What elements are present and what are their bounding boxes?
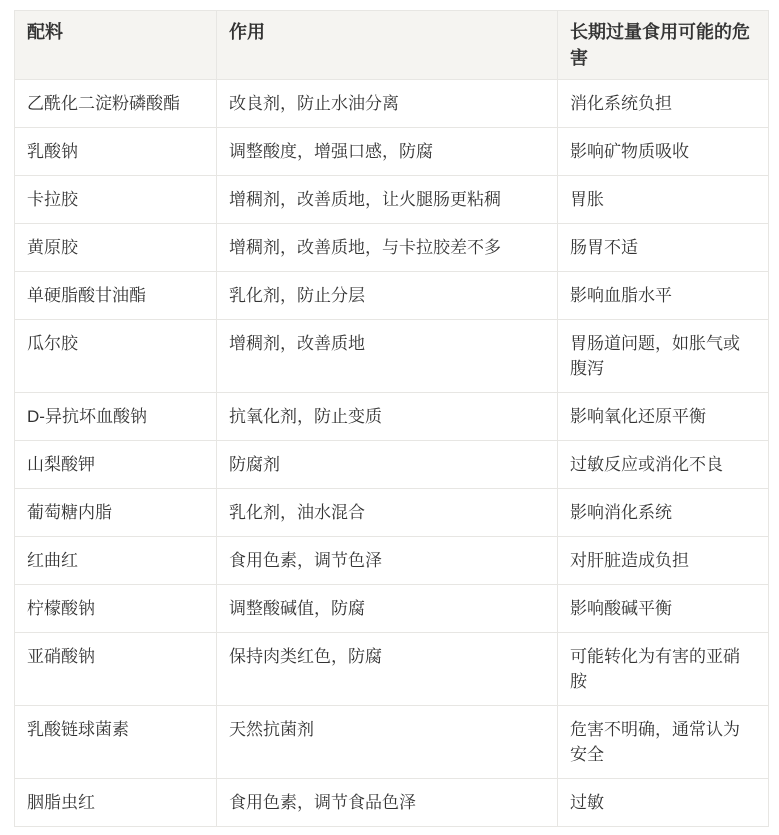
cell-ingredient: 瓜尔胶	[15, 320, 217, 393]
header-row: 配料 作用 长期过量食用可能的危害	[15, 11, 769, 80]
cell-ingredient: 卡拉胶	[15, 176, 217, 224]
cell-ingredient: 乙酰化二淀粉磷酸酯	[15, 80, 217, 128]
cell-function: 增稠剂，改善质地，让火腿肠更粘稠	[217, 176, 558, 224]
cell-harm: 对肝脏造成负担	[558, 537, 769, 585]
table-row: 卡拉胶增稠剂，改善质地，让火腿肠更粘稠胃胀	[15, 176, 769, 224]
table-row: 红曲红食用色素，调节色泽对肝脏造成负担	[15, 537, 769, 585]
cell-ingredient: 葡萄糖内脂	[15, 489, 217, 537]
cell-ingredient: 黄原胶	[15, 224, 217, 272]
cell-ingredient: 山梨酸钾	[15, 441, 217, 489]
cell-function: 天然抗菌剂	[217, 706, 558, 779]
cell-ingredient: 胭脂虫红	[15, 779, 217, 827]
table-row: 山梨酸钾防腐剂过敏反应或消化不良	[15, 441, 769, 489]
cell-function: 增稠剂，改善质地，与卡拉胶差不多	[217, 224, 558, 272]
cell-harm: 影响酸碱平衡	[558, 585, 769, 633]
cell-harm: 肠胃不适	[558, 224, 769, 272]
cell-harm: 影响矿物质吸收	[558, 128, 769, 176]
header-cell-ingredient: 配料	[15, 11, 217, 80]
table-row: 柠檬酸钠调整酸碱值，防腐影响酸碱平衡	[15, 585, 769, 633]
cell-ingredient: D-异抗坏血酸钠	[15, 393, 217, 441]
additives-table: 配料 作用 长期过量食用可能的危害 乙酰化二淀粉磷酸酯改良剂，防止水油分离消化系…	[14, 10, 769, 827]
table-header: 配料 作用 长期过量食用可能的危害	[15, 11, 769, 80]
cell-function: 调整酸碱值，防腐	[217, 585, 558, 633]
table-row: 乙酰化二淀粉磷酸酯改良剂，防止水油分离消化系统负担	[15, 80, 769, 128]
cell-ingredient: 单硬脂酸甘油酯	[15, 272, 217, 320]
cell-harm: 消化系统负担	[558, 80, 769, 128]
cell-ingredient: 柠檬酸钠	[15, 585, 217, 633]
cell-ingredient: 亚硝酸钠	[15, 633, 217, 706]
table-row: 葡萄糖内脂乳化剂，油水混合影响消化系统	[15, 489, 769, 537]
cell-function: 防腐剂	[217, 441, 558, 489]
cell-harm: 影响消化系统	[558, 489, 769, 537]
cell-harm: 可能转化为有害的亚硝胺	[558, 633, 769, 706]
cell-harm: 危害不明确，通常认为安全	[558, 706, 769, 779]
cell-ingredient: 乳酸钠	[15, 128, 217, 176]
cell-harm: 胃肠道问题，如胀气或腹泻	[558, 320, 769, 393]
table-row: 胭脂虫红食用色素，调节食品色泽过敏	[15, 779, 769, 827]
cell-harm: 胃胀	[558, 176, 769, 224]
cell-ingredient: 乳酸链球菌素	[15, 706, 217, 779]
header-cell-harm: 长期过量食用可能的危害	[558, 11, 769, 80]
table-row: 黄原胶增稠剂，改善质地，与卡拉胶差不多肠胃不适	[15, 224, 769, 272]
cell-function: 食用色素，调节食品色泽	[217, 779, 558, 827]
table-row: 瓜尔胶增稠剂，改善质地胃肠道问题，如胀气或腹泻	[15, 320, 769, 393]
table-row: 乳酸钠调整酸度，增强口感，防腐影响矿物质吸收	[15, 128, 769, 176]
cell-function: 抗氧化剂，防止变质	[217, 393, 558, 441]
table-row: 亚硝酸钠保持肉类红色，防腐可能转化为有害的亚硝胺	[15, 633, 769, 706]
table-body: 乙酰化二淀粉磷酸酯改良剂，防止水油分离消化系统负担乳酸钠调整酸度，增强口感，防腐…	[15, 80, 769, 827]
cell-function: 食用色素，调节色泽	[217, 537, 558, 585]
cell-harm: 影响氧化还原平衡	[558, 393, 769, 441]
cell-function: 调整酸度，增强口感，防腐	[217, 128, 558, 176]
cell-function: 改良剂，防止水油分离	[217, 80, 558, 128]
header-cell-function: 作用	[217, 11, 558, 80]
cell-harm: 过敏	[558, 779, 769, 827]
cell-function: 乳化剂，油水混合	[217, 489, 558, 537]
table-row: D-异抗坏血酸钠抗氧化剂，防止变质影响氧化还原平衡	[15, 393, 769, 441]
cell-ingredient: 红曲红	[15, 537, 217, 585]
table-container: 配料 作用 长期过量食用可能的危害 乙酰化二淀粉磷酸酯改良剂，防止水油分离消化系…	[0, 0, 779, 835]
table-row: 单硬脂酸甘油酯乳化剂，防止分层影响血脂水平	[15, 272, 769, 320]
cell-function: 保持肉类红色，防腐	[217, 633, 558, 706]
cell-function: 乳化剂，防止分层	[217, 272, 558, 320]
cell-harm: 过敏反应或消化不良	[558, 441, 769, 489]
cell-harm: 影响血脂水平	[558, 272, 769, 320]
cell-function: 增稠剂，改善质地	[217, 320, 558, 393]
table-row: 乳酸链球菌素天然抗菌剂危害不明确，通常认为安全	[15, 706, 769, 779]
